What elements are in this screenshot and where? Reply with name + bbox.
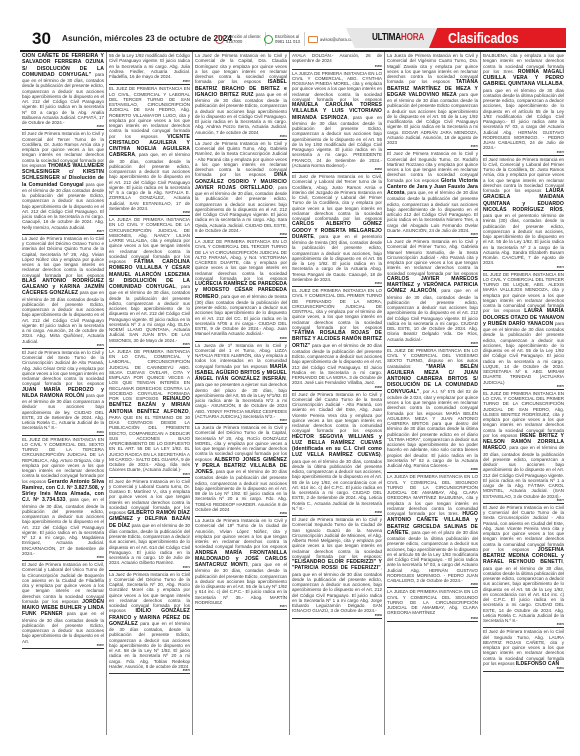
notice-text: , para que en el plazo de 30 días contad… [387, 530, 478, 583]
notice-code: 85874 [483, 266, 564, 269]
legal-notice: El Juez Interino de Primera Instancia en… [483, 156, 564, 271]
notice-text: La Juez de Primera Instancia en lo Civil… [22, 236, 104, 278]
legal-notice: LA JUEZA DE PRIMERA INSTANCIA EN LO CIVI… [387, 473, 478, 588]
legal-notice: La Jueza de Primera Instancia en lo Civi… [195, 424, 287, 517]
notice-text: La Juez de Primera Instancia en lo Civil… [387, 239, 478, 276]
brand-logo: ULTIMAHORA [372, 31, 424, 43]
notice-code: 85863 [22, 125, 104, 128]
notice-code: 85873 [109, 473, 190, 476]
notice-text: LA JUEZA DE PRIMERA INSTANCIA EN LO CIVI… [109, 217, 190, 264]
notice-text: , para que en el término de 30 días, con… [292, 452, 382, 511]
notice-code: 85867 [109, 80, 190, 83]
notice-text: , para que en el término de 30 días, con… [483, 559, 564, 623]
notice-code: 85879 [483, 623, 564, 626]
contact-value: 4157000 [226, 39, 242, 44]
notice-text: para que en el término de 30 días contad… [483, 321, 564, 385]
notice-text: EL JUEZ DE PRIMERA INSTANCIA EN LO CIVIL… [483, 391, 564, 438]
notice-code: 85878 [387, 342, 478, 345]
notice-code: 85865 [195, 337, 287, 340]
notice-text: , para que en el término de 30 días cont… [195, 469, 287, 512]
notice-text: , para que, en el término de 30 días con… [387, 190, 478, 233]
legal-notice: La Juez de Primera Instancia en lo Civil… [22, 235, 104, 349]
notice-code: 85876 [109, 669, 190, 672]
notice-text: , para que en el término de 30 días, con… [195, 562, 287, 605]
notice-text: , para que en el término de 30 días, con… [387, 288, 478, 341]
notice-text: para que en el término de 30 días contad… [292, 343, 382, 386]
section-title: Clasificados [448, 30, 518, 47]
customer-service-contact: Atención al cliente:4157000 [215, 30, 266, 48]
notice-text: 55 de la Ley 1/92 modificado del Código … [109, 53, 190, 79]
notice-code: 85874 [109, 566, 190, 569]
notice-text: El Juez de Primera Instancia en lo Civil… [292, 517, 382, 559]
notice-code: 85877 [483, 499, 564, 502]
legal-notice: El Juez de Primera Instancia en lo Civil… [292, 391, 382, 517]
legal-notice: El Juez de Primera Instancia en lo Civil… [483, 628, 564, 672]
notice-text: para que en el término de 30 días contad… [109, 523, 190, 566]
notice-text: , para que se presenten a ejercer sus de… [195, 376, 287, 419]
notice-code: 85880 [387, 468, 478, 471]
notice-text: LA JUEZA DE PRIMERA INSTANCIA EN LO CIVI… [387, 589, 478, 615]
notice-code: 85870 [109, 343, 190, 346]
page-header: 30 Asunción, miércoles 23 de octubre de … [20, 30, 566, 48]
legal-notice: CION CAÑETE DE FERREIRA Y SALVADOR FERRE… [22, 52, 104, 130]
legal-notice: El Juez de Primera Instancia en lo Civil… [387, 150, 478, 238]
notice-text: El Juez de Primera Instancia en lo Civil… [22, 562, 104, 604]
notice-parties: "ELISANDRO ELOIR FEDERIZZI" Y "PATRICIA … [292, 559, 382, 571]
legal-notice: LA JUEZA DE PRIMERA INSTANCIA EN LO CIVI… [109, 216, 190, 348]
legal-notice: La Jueza de 1ª Instancia en lo Civil y C… [195, 342, 287, 425]
brand-logo-part1: ULTIMA [372, 31, 401, 43]
notice-text: LA JUEZA DE PRIMERA INSTANCIA EN LO CIVI… [387, 474, 478, 516]
notice-code: 85877 [22, 230, 104, 233]
whatsapp-icon [264, 35, 273, 44]
notice-text: LA JUEZA DE PRIMERA INSTANCIA EN LO CIVI… [292, 71, 382, 102]
notice-code: 85887 [22, 644, 104, 647]
notice-text: , para que en el término de 30 días cont… [292, 565, 382, 613]
notice-code: 85864 [292, 282, 382, 285]
notice-code: 85870 [387, 145, 478, 148]
notice-code: 85882 [387, 583, 478, 586]
notice-text: La Jueza de Primera Instancia en lo Civi… [195, 518, 287, 549]
notice-text: El Juez de Primera Instancia en lo Civil… [292, 392, 382, 434]
column-2: 55 de la Ley 1/92 modificado del Código … [107, 52, 193, 735]
notice-text: El Juez de Primera Instancia en lo Civil… [22, 350, 104, 387]
notice-text: para que en el término de 30 días, conta… [22, 72, 104, 125]
legal-notice: EL JUEZ DE PRIMERA INSTANCIA EN LO CIVIL… [109, 85, 190, 216]
legal-notice: La Jueza de Primera Instancia en lo Civi… [195, 517, 287, 610]
notice-text: LA JUEZ DE PRIMERA INSTANCIA EN LO CIVIL… [195, 239, 287, 281]
contact-value: 0981 111 013 [275, 39, 300, 44]
legal-notice: EL JUEZ DE PRIMERA INSTANCIA EN LO CIVIL… [22, 436, 104, 562]
legal-notice: LA JUEZA DE PRIMERA INSTANCIA EN LO CIVI… [387, 588, 478, 621]
notice-text: EL JUEZ DE PRIMERA INSTANCIA EN LO CIVIL… [22, 437, 104, 484]
notice-code: 85861 [195, 135, 287, 138]
notice-text: , PARA QUE EN EL TÉRMINO DE 30 DÍAS CONT… [109, 409, 190, 473]
notice-parties: ILDEFONSO CAÑ [516, 661, 559, 667]
notice-code: 85881 [22, 431, 104, 434]
notice-code: 85883 [387, 617, 478, 620]
notice-text: para que en el término de 30 días contad… [387, 92, 478, 145]
notice-code: 85868 [109, 211, 190, 214]
column-4: AYALA DOLDÁN.- Asunción, 26 de septiembr… [290, 52, 385, 735]
column-6: BALBUENA, cita y emplaza a los que tenga… [481, 52, 566, 735]
notice-text: AYALA DOLDÁN.- Asunción, 26 de septiembr… [292, 53, 382, 63]
column-1: CION CAÑETE DE FERREIRA Y SALVADOR FERRE… [20, 52, 107, 735]
phone-icon [215, 35, 224, 44]
legal-notice: La Juez de Primera Instancia en lo Civil… [109, 571, 190, 675]
columns-container: CION CAÑETE DE FERREIRA Y SALVADOR FERRE… [20, 50, 566, 735]
notice-text: LA JUEZA DE PRIMERA INSTANCIA EN LO CIVI… [109, 349, 190, 401]
newspaper-page: 30 Asunción, miércoles 23 de octubre de … [20, 30, 566, 735]
notice-code: 85866 [292, 386, 382, 389]
notice-text: , para que, en el término de 30 días, co… [109, 152, 190, 211]
legal-notice: AYALA DOLDÁN.- Asunción, 26 de septiembr… [292, 52, 382, 70]
legal-notice: LA JUEZ DE PRIMERA INSTANCIA EN LO CIVIL… [195, 238, 287, 342]
notice-text: EL JUEZ DE PRIMERA INSTANCIA EN LO CIVIL… [109, 86, 190, 138]
notice-text: , para que, en el término de 30 días, co… [22, 497, 104, 556]
notice-code: 85884 [22, 556, 104, 559]
legal-notice: La Juez de Primera Instancia en lo Civil… [387, 238, 478, 347]
legal-notice: La Jueza de Primera Instancia en lo Civi… [387, 52, 478, 150]
notice-code: 85863 [195, 233, 287, 236]
notice-text: El Juez de Primera Instancia en lo Civil… [483, 505, 564, 552]
legal-notice: EL JUEZ DE PRIMERA INSTANCIA EN LO CIVIL… [292, 287, 382, 391]
brand-logo-part2: HORA [401, 31, 424, 43]
legal-notice: EL JUEZ DE PRIMERA INSTANCIA EN LO CIVIL… [483, 271, 564, 390]
notice-text: El Juez de Primera Instancia en lo Civil… [292, 174, 382, 221]
column-3: La Juez de Primera Instancia en lo Civil… [193, 52, 290, 735]
notice-text: , por A.I. Nº 575 del 02 de octubre de 2… [387, 389, 478, 469]
notice-parties: HÉCTOR SEGOVIA WILLIANS y LUZ BELLA RAMÍ… [292, 434, 382, 459]
legal-notice: LA JUEZA DE PRIMERA INSTANCIA EN LO CIVI… [109, 348, 190, 478]
notice-code: 85872 [483, 151, 564, 154]
notice-code: 85862 [292, 168, 382, 171]
mail-icon [308, 36, 318, 43]
notice-code: 85867 [195, 419, 287, 422]
notice-text: , para que en el término de treinta (30)… [195, 294, 287, 337]
legal-notice: El Juez de Primera Instancia en lo Civil… [483, 504, 564, 629]
legal-notice: El Juez de Primera Instancia en lo Civil… [22, 561, 104, 649]
notice-text: EL JUEZ DE PRIMERA INSTANCIA EN LO CIVIL… [292, 288, 382, 330]
legal-notice: El Juez de Primera Instancia en lo Civil… [109, 478, 190, 571]
legal-notice: El Juez de Primera Instancia en lo Civil… [292, 173, 382, 287]
notice-code: 85876 [387, 233, 478, 236]
notice-text: , para que en el término de 30 días, con… [109, 284, 190, 343]
whatsapp-contact: Escríbinos al0981 111 013 [264, 30, 305, 48]
publication-date: Asunción, miércoles 23 de octubre de 202… [62, 34, 232, 43]
notice-code: 85871 [195, 605, 287, 608]
legal-notice: EL JUEZ DE PRIMERA INSTANCIA EN LO CIVIL… [387, 347, 478, 474]
page-number: 30 [32, 30, 51, 48]
divider [304, 32, 305, 46]
legal-notice: EL JUEZ DE PRIMERA INSTANCIA EN LO CIVIL… [483, 390, 564, 504]
legal-notice: El Juez de Primera Instancia en lo Civil… [22, 349, 104, 436]
notice-text: para que en el término de 30 días contad… [22, 182, 104, 230]
notice-text: , para que en término de 30 días contado… [292, 115, 382, 168]
notice-text: EL JUEZ DE PRIMERA INSTANCIA EN LO CIVIL… [483, 272, 564, 314]
notice-code: 85869 [195, 512, 287, 515]
notice-code: 85869 [292, 614, 382, 617]
legal-notice: La Juez de Primera Instancia en lo Civil… [195, 140, 287, 238]
legal-notice: LA JUEZA DE PRIMERA INSTANCIA EN LO CIVI… [292, 70, 382, 174]
notice-text: para que en el término de 30 días contad… [22, 290, 104, 343]
notice-text: , para que en el término de 30 días, con… [483, 445, 564, 498]
notice-code: 85879 [22, 344, 104, 347]
notice-text: para que en el término de 30 días contad… [195, 92, 287, 135]
legal-notice: La Juez de Primera Instancia en lo Civil… [195, 52, 287, 140]
notice-code: 85875 [483, 385, 564, 388]
notice-text: , para que en el perentorio término de t… [483, 207, 564, 266]
notice-text: La Juez de Primera Instancia en lo Civil… [109, 572, 190, 614]
column-5: La Jueza de Primera Instancia en lo Civi… [385, 52, 481, 735]
legal-notice: 55 de la Ley 1/92 modificado del Código … [109, 52, 190, 85]
notice-code: 85881 [483, 667, 564, 670]
notice-text: , para que en el término de 30 días, con… [195, 185, 287, 233]
legal-notice: BALBUENA, cita y emplaza a los que tenga… [483, 52, 564, 156]
legal-notice: El Juez de Primera Instancia en lo Civil… [292, 516, 382, 619]
notice-code: 85868 [292, 511, 382, 514]
legal-notice: El Juez de Primera Instancia en lo Civil… [22, 130, 104, 235]
notice-code: 85860 [292, 65, 382, 68]
notice-text: , para que en el término de 30 días cont… [483, 81, 564, 150]
notice-text: para que en el término de 30 días compar… [22, 393, 104, 431]
notice-text: para que en el término de 30 días contad… [109, 621, 190, 669]
notice-text: , para que en el perentorio término de t… [292, 234, 382, 282]
